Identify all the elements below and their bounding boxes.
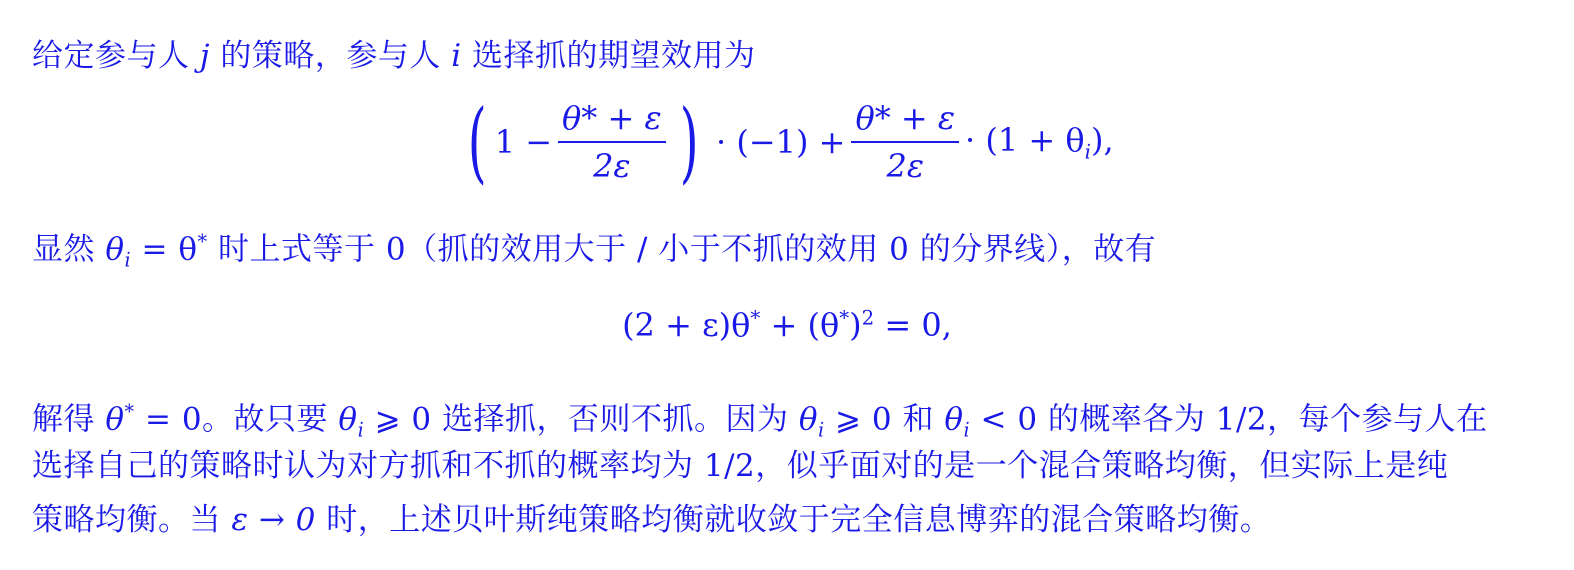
- math-theta: θ: [944, 401, 963, 437]
- text: 和: [892, 401, 944, 437]
- text: 的策略，参与人: [210, 38, 451, 74]
- paragraph-boundary: 显然 θi = θ* 时上式等于 0（抓的效用大于 / 小于不抓的效用 0 的分…: [32, 222, 1156, 281]
- text: 。故只要: [202, 401, 338, 437]
- left-paren: (: [468, 98, 487, 186]
- text: 显然: [32, 231, 105, 267]
- text: 解得: [32, 401, 105, 437]
- eq-one-minus: 1 −: [495, 123, 552, 161]
- text: 时，上述贝叶斯纯策略均衡就收敛于完全信息博弈的混合策略均衡。: [316, 502, 1271, 538]
- fraction: θ* + ε 2ε: [851, 99, 959, 185]
- math-eq: = θ: [131, 231, 197, 267]
- text: （抓的效用大于 / 小于不抓的效用: [406, 231, 889, 267]
- math-i: i: [451, 38, 461, 74]
- text: 时上式等于: [208, 231, 386, 267]
- math-half: 1/2: [1216, 401, 1267, 437]
- paragraph-solution-line2: 选择自己的策略时认为对方抓和不抓的概率均为 1/2，似乎面对的是一个混合策略均衡…: [32, 446, 1448, 486]
- subscript: i: [818, 419, 825, 442]
- text: ，似乎面对的是一个混合策略均衡，但实际上是纯: [755, 448, 1448, 484]
- math-theta: θ: [105, 401, 124, 437]
- eq-part: (2 + ε)θ: [622, 306, 750, 344]
- math-j: j: [200, 38, 210, 74]
- math-zero: 0: [889, 231, 909, 267]
- equation-quadratic: (2 + ε)θ* + (θ*)2 = 0,: [0, 306, 1574, 344]
- superscript: *: [198, 230, 208, 253]
- eq-middle: · (−1) +: [716, 123, 845, 161]
- math-theta: θ: [105, 231, 124, 267]
- eq-tail-close: ),: [1091, 121, 1114, 159]
- paragraph-solution-line3: 策略均衡。当 ε → 0 时，上述贝叶斯纯策略均衡就收敛于完全信息博弈的混合策略…: [32, 500, 1271, 540]
- fraction-numerator: θ* + ε: [851, 99, 959, 143]
- fraction-denominator: 2ε: [589, 143, 635, 185]
- math-epsilon-limit: ε → 0: [231, 502, 316, 538]
- superscript: 2: [862, 306, 875, 329]
- math-zero: 0: [386, 231, 406, 267]
- text: 给定参与人: [32, 38, 200, 74]
- text: ，每个参与人在: [1267, 401, 1488, 437]
- text: 选择自己的策略时认为对方抓和不抓的概率均为: [32, 448, 704, 484]
- text: 选择抓的期望效用为: [462, 38, 756, 74]
- paragraph-intro: 给定参与人 j 的策略，参与人 i 选择抓的期望效用为: [32, 36, 755, 76]
- math-geq: ⩾ 0: [364, 401, 431, 437]
- paragraph-solution-line1: 解得 θ* = 0。故只要 θi ⩾ 0 选择抓，否则不抓。因为 θi ⩾ 0 …: [32, 392, 1488, 451]
- math-lt: < 0: [970, 401, 1037, 437]
- math-theta: θ: [799, 401, 818, 437]
- eq-tail-text: · (1 + θ: [965, 121, 1085, 159]
- text: 的概率各为: [1038, 401, 1216, 437]
- right-paren: ): [679, 98, 698, 186]
- fraction: θ* + ε 2ε: [558, 99, 666, 185]
- eq-part: + (θ: [760, 306, 839, 344]
- superscript: *: [750, 306, 760, 329]
- fraction-numerator: θ* + ε: [558, 99, 666, 143]
- math-half: 1/2: [704, 448, 755, 484]
- math-eq: = 0: [135, 401, 202, 437]
- eq-tail: · (1 + θi),: [965, 121, 1114, 163]
- eq-part: = 0,: [874, 306, 952, 344]
- math-theta: θ: [338, 401, 357, 437]
- superscript: *: [125, 400, 135, 423]
- superscript: *: [839, 306, 849, 329]
- eq-part: ): [849, 306, 861, 344]
- math-geq: ⩾ 0: [825, 401, 892, 437]
- text: 策略均衡。当: [32, 502, 231, 538]
- text: 选择抓，否则不抓。因为: [432, 401, 799, 437]
- equation-expected-utility: ( 1 − θ* + ε 2ε ) · (−1) + θ* + ε 2ε · (…: [0, 98, 1574, 186]
- fraction-denominator: 2ε: [882, 143, 928, 185]
- text: 的分界线），故有: [909, 231, 1156, 267]
